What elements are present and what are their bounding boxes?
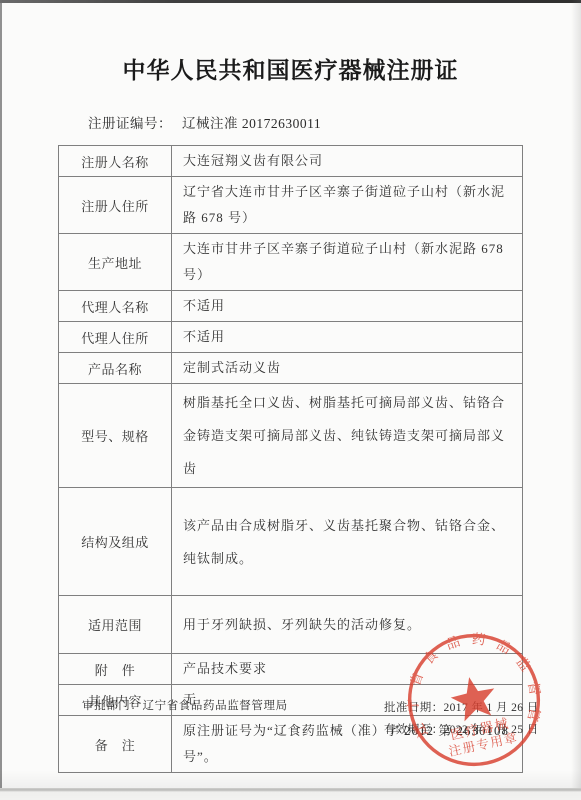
row-value: 产品技术要求 xyxy=(172,654,523,685)
approval-department-value: 辽宁省食品药品监督管理局 xyxy=(143,700,288,712)
approval-department-label: 审批部门： xyxy=(82,700,143,712)
table-row: 注册人名称 大连冠翔义齿有限公司 xyxy=(59,146,523,177)
row-value: 不适用 xyxy=(172,322,523,353)
scan-edge-right xyxy=(571,0,581,800)
table-row: 产品名称 定制式活动义齿 xyxy=(59,353,523,384)
row-label: 注册人住所 xyxy=(59,177,172,234)
certificate-number-value: 辽械注准 20172630011 xyxy=(182,116,321,131)
table-row: 型号、规格 树脂基托全口义齿、树脂基托可摘局部义齿、钴铬合金铸造支架可摘局部义齿… xyxy=(59,384,523,488)
certificate-number-line: 注册证编号：辽械注准 20172630011 xyxy=(88,112,321,132)
row-label: 适用范围 xyxy=(59,596,172,654)
paper-bottom-shadow xyxy=(0,770,581,790)
row-value: 大连市甘井子区辛寨子街道砬子山村（新水泥路 678 号） xyxy=(172,234,523,291)
scanned-certificate-page: 中华人民共和国医疗器械注册证 注册证编号：辽械注准 20172630011 注册… xyxy=(0,0,581,800)
row-value: 不适用 xyxy=(172,291,523,322)
row-label: 备 注 xyxy=(59,716,172,773)
certificate-title: 中华人民共和国医疗器械注册证 xyxy=(0,52,581,85)
certificate-table: 注册人名称 大连冠翔义齿有限公司 注册人住所 辽宁省大连市甘井子区辛寨子街道砬子… xyxy=(58,145,523,773)
row-value: 大连冠翔义齿有限公司 xyxy=(172,146,523,177)
row-label: 代理人住所 xyxy=(59,322,172,353)
table-row: 适用范围 用于牙列缺损、牙列缺失的活动修复。 xyxy=(59,596,523,654)
valid-until-value: 2022 年 1 月 25 日 xyxy=(444,724,539,736)
row-label: 附 件 xyxy=(59,654,172,685)
table-row: 注册人住所 辽宁省大连市甘井子区辛寨子街道砬子山村（新水泥路 678 号） xyxy=(59,177,523,234)
row-label: 代理人名称 xyxy=(59,291,172,322)
scan-edge-bottom xyxy=(0,788,581,800)
approve-date-line: 批准日期：2017 年 1 月 26 日 xyxy=(384,697,539,719)
table-row: 附 件 产品技术要求 xyxy=(59,654,523,685)
row-value: 该产品由合成树脂牙、义齿基托聚合物、钴铬合金、纯钛制成。 xyxy=(172,488,523,596)
table-row: 生产地址 大连市甘井子区辛寨子街道砬子山村（新水泥路 678 号） xyxy=(59,234,523,291)
valid-until-line: 有效期至：2022 年 1 月 25 日 xyxy=(384,719,539,741)
row-label: 型号、规格 xyxy=(59,384,172,488)
approve-date-value: 2017 年 1 月 26 日 xyxy=(444,702,539,714)
date-lines: 批准日期：2017 年 1 月 26 日 有效期至：2022 年 1 月 25 … xyxy=(384,697,539,741)
scan-edge-top xyxy=(0,0,581,3)
row-label: 产品名称 xyxy=(59,353,172,384)
approval-department-line: 审批部门：辽宁省食品药品监督管理局 xyxy=(82,697,288,713)
table-row: 代理人住所 不适用 xyxy=(59,322,523,353)
table-row: 代理人名称 不适用 xyxy=(59,291,523,322)
approve-date-label: 批准日期： xyxy=(384,702,444,714)
row-value: 用于牙列缺损、牙列缺失的活动修复。 xyxy=(172,596,523,654)
certificate-number-label: 注册证编号： xyxy=(88,116,172,131)
scan-edge-left xyxy=(0,0,2,800)
row-value: 定制式活动义齿 xyxy=(172,353,523,384)
row-label: 生产地址 xyxy=(59,234,172,291)
row-label: 注册人名称 xyxy=(59,146,172,177)
row-label: 结构及组成 xyxy=(59,488,172,596)
valid-until-label: 有效期至： xyxy=(384,724,444,736)
row-value: 辽宁省大连市甘井子区辛寨子街道砬子山村（新水泥路 678 号） xyxy=(172,177,523,234)
table-row: 结构及组成 该产品由合成树脂牙、义齿基托聚合物、钴铬合金、纯钛制成。 xyxy=(59,488,523,596)
row-value: 树脂基托全口义齿、树脂基托可摘局部义齿、钴铬合金铸造支架可摘局部义齿、纯钛铸造支… xyxy=(172,384,523,488)
